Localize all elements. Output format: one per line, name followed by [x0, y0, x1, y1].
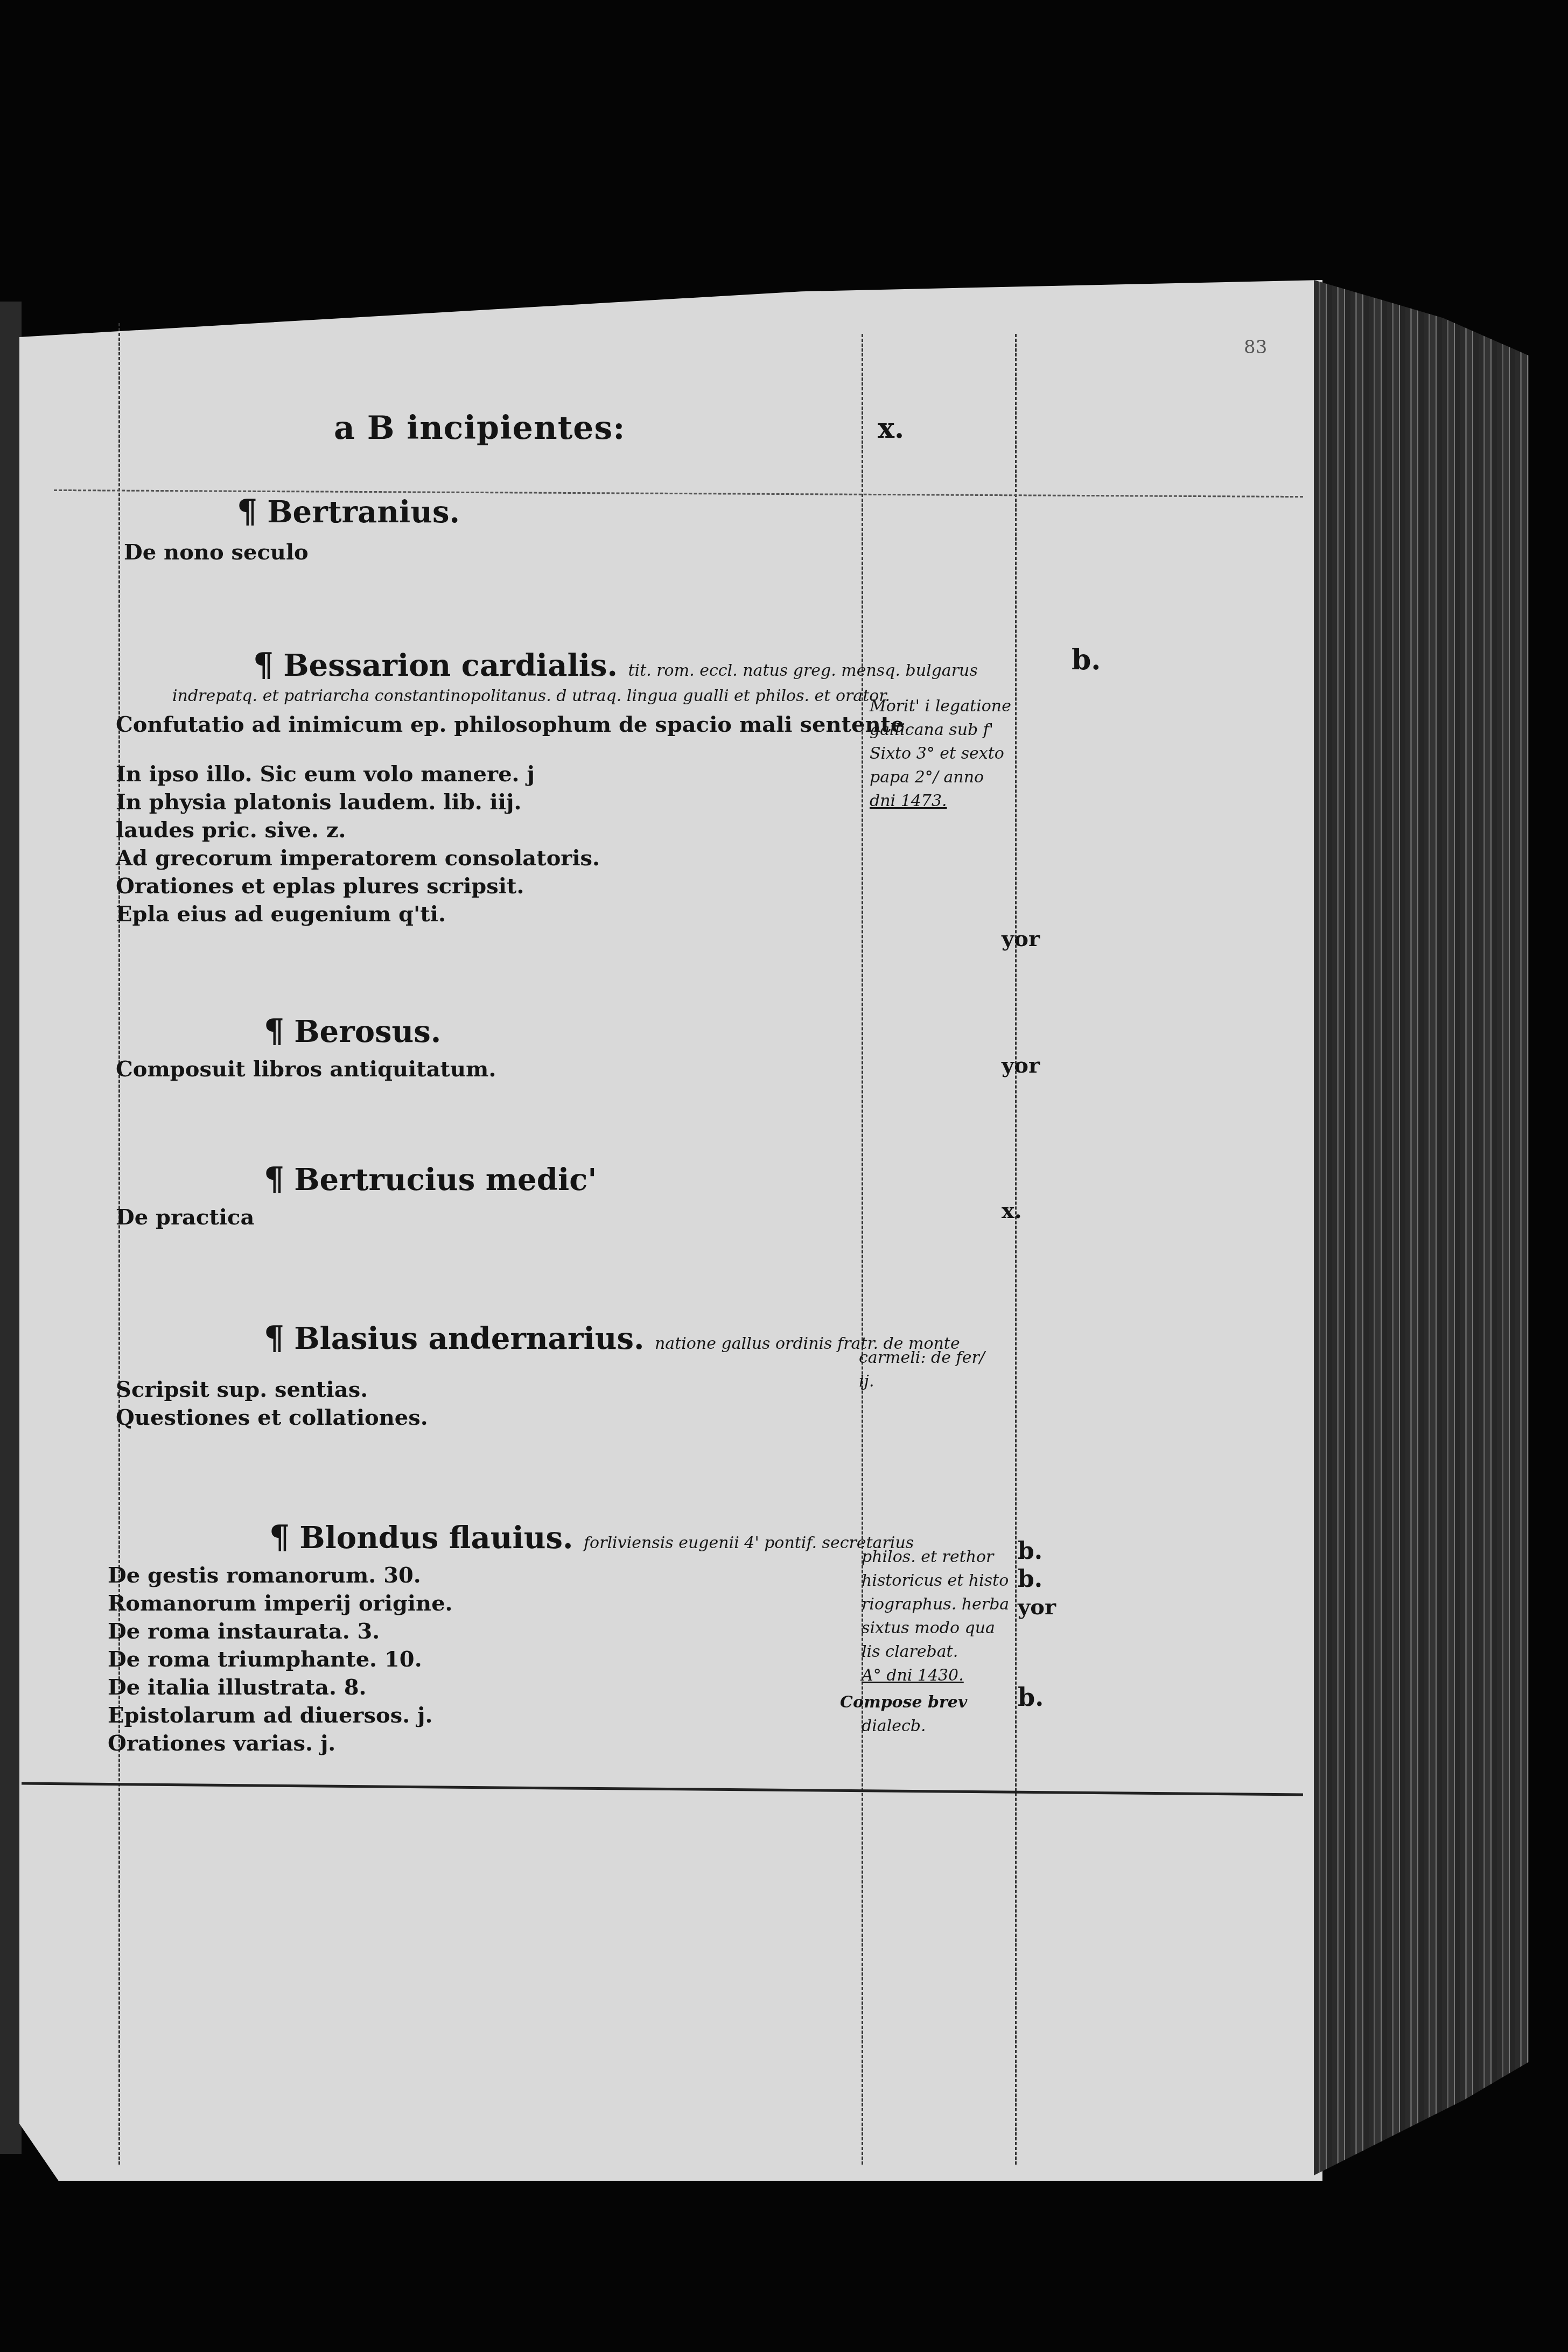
margin-note: carmeli: de fer/ ij. — [859, 1346, 985, 1394]
folio-number: 83 — [1244, 337, 1267, 358]
works-list: Confutatio ad inimicum ep. philosophum d… — [116, 711, 904, 928]
work-title: Orationes varias. j. — [108, 1730, 453, 1758]
work-title: laudes pric. sive. z. — [116, 816, 904, 844]
entry-author-bessarion: ¶Bessarion cardialis. tit. rom. eccl. na… — [253, 646, 978, 684]
book-fore-edge — [1314, 280, 1529, 2175]
ruling-column-2 — [1015, 334, 1017, 2165]
entry-author-blasius: ¶Blasius andernarius. natione gallus ord… — [264, 1319, 960, 1357]
pilcrow-icon: ¶ — [264, 1160, 284, 1198]
work-title: Orationes et eplas plures scripsit. — [116, 872, 904, 900]
author-name: Bertrucius medic' — [294, 1162, 597, 1198]
work-title: Scripsit sup. sentias. — [116, 1376, 428, 1404]
ruling-left-margin — [118, 323, 120, 2165]
margin-note: Morit' i legatione gallicana sub f' Sixt… — [870, 695, 1011, 813]
shelf-mark: yor — [1002, 926, 1040, 951]
facing-page-edge — [0, 302, 22, 2154]
pilcrow-icon: ¶ — [253, 646, 274, 684]
work-title: In physia platonis laudem. lib. iij. — [116, 788, 904, 816]
work-title: De italia illustrata. 8. — [108, 1674, 453, 1702]
work-title: In ipso illo. Sic eum volo manere. j — [116, 760, 904, 788]
pilcrow-icon: ¶ — [264, 1012, 284, 1050]
section-heading: a B incipientes: — [334, 409, 625, 447]
margin-note-2: Compose brev dialecb. — [840, 1691, 967, 1738]
entry-author-blondus: ¶Blondus flauius. forliviensis eugenii 4… — [269, 1518, 914, 1556]
work-title: De roma triumphante. 10. — [108, 1646, 453, 1674]
work-title: Romanorum imperij origine. — [108, 1590, 453, 1618]
work-title: Ad grecorum imperatorem consolatoris. — [116, 844, 904, 872]
shelf-marks: b. b. yor — [1018, 1537, 1056, 1621]
author-note-line2: indrepatq. et patriarcha constantinopoli… — [172, 687, 890, 705]
shelf-mark: x. — [1002, 1198, 1022, 1223]
author-note: tit. rom. eccl. natus greg. mensq. bulga… — [628, 661, 978, 680]
work-title: Epla eius ad eugenium q'ti. — [116, 900, 904, 928]
work-title: Composuit libros antiquitatum. — [116, 1055, 496, 1083]
work-title: De roma instaurata. 3. — [108, 1618, 453, 1646]
pilcrow-icon: ¶ — [264, 1319, 284, 1357]
work-title: Confutatio ad inimicum ep. philosophum d… — [116, 711, 904, 739]
author-name: Berosus. — [294, 1014, 441, 1049]
author-name: Blasius andernarius. — [294, 1321, 644, 1356]
work-title: Questiones et collationes. — [116, 1404, 428, 1432]
work-title: De gestis romanorum. 30. — [108, 1562, 453, 1590]
margin-note: philos. et rethor historicus et histo ri… — [862, 1545, 1009, 1688]
work-title: De practica — [116, 1203, 254, 1231]
entry-author-berosus: ¶Berosus. — [264, 1012, 441, 1050]
works-list: Scripsit sup. sentias. Questiones et col… — [116, 1376, 428, 1432]
author-name: Bessarion cardialis. — [283, 648, 618, 683]
ruling-column-1 — [862, 334, 863, 2165]
work-title: De nono seculo — [124, 538, 309, 566]
entry-author-bertranius: ¶Bertranius. — [237, 493, 460, 530]
pilcrow-icon: ¶ — [269, 1518, 290, 1556]
section-mark: x. — [878, 412, 904, 445]
works-list: De gestis romanorum. 30. Romanorum imper… — [108, 1562, 453, 1758]
shelf-mark: yor — [1002, 1053, 1040, 1078]
entry-author-bertrucius: ¶Bertrucius medic' — [264, 1160, 597, 1198]
work-title: Epistolarum ad diuersos. j. — [108, 1702, 453, 1730]
author-name: Blondus flauius. — [299, 1520, 573, 1556]
shelf-mark: b. — [1018, 1683, 1044, 1712]
shelf-mark: b. — [1072, 643, 1101, 676]
pilcrow-icon: ¶ — [237, 493, 257, 530]
author-name: Bertranius. — [267, 494, 460, 530]
